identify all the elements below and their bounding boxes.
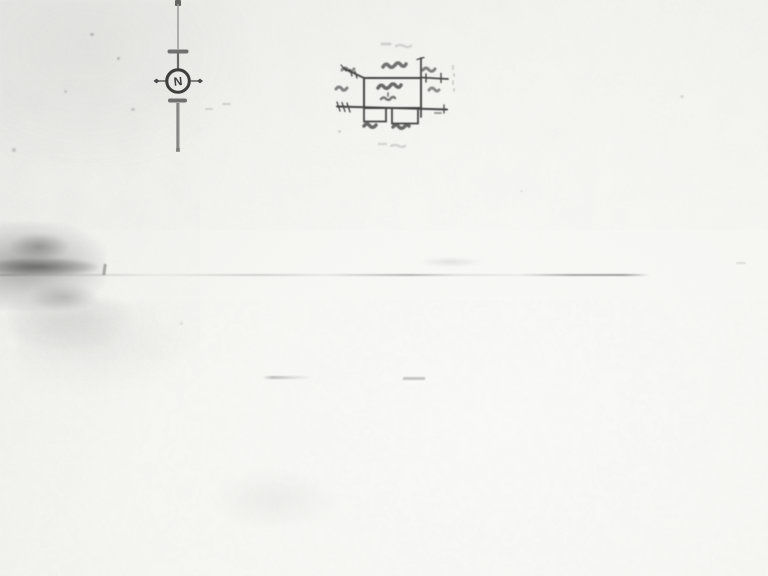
scan-speck (222, 103, 231, 105)
paper-stain (0, 0, 250, 165)
illegible-label (423, 68, 435, 71)
scan-speck (90, 33, 94, 36)
illegible-label (391, 145, 405, 147)
scan-speck (117, 57, 120, 60)
illegible-label (336, 87, 347, 90)
scan-speck (180, 322, 183, 325)
boundary-ext-top-right (421, 78, 448, 80)
illegible-label (453, 66, 454, 91)
illegible-label (381, 97, 395, 100)
scan-speck (12, 148, 16, 152)
illegible-label (378, 84, 401, 88)
illegible-label (396, 45, 411, 47)
paper-stain (418, 257, 484, 267)
faint-pencil-dash (263, 376, 311, 379)
illegible-label (393, 125, 409, 128)
scan-speck (131, 108, 135, 111)
scan-speck (520, 190, 523, 192)
scan-speck (205, 108, 213, 110)
ink-stain-core (0, 258, 98, 276)
scan-speck (680, 95, 684, 98)
ink-stain (8, 233, 70, 260)
illegible-label (364, 124, 376, 127)
scanned-survey-page: N (0, 0, 768, 576)
compass-east-tip (197, 79, 203, 84)
north-arrow: N (148, 0, 212, 158)
parcel-sketch (323, 40, 473, 158)
compass-west-tip (154, 79, 160, 84)
scan-speck (338, 130, 341, 133)
paper-stain (18, 302, 193, 397)
north-letter: N (173, 74, 183, 89)
illegible-label (429, 88, 439, 91)
staff-bottom-cap (176, 148, 180, 152)
paper-stain (208, 468, 343, 530)
illegible-label (342, 68, 354, 71)
illegible-label (383, 63, 406, 67)
scan-speck (736, 262, 746, 264)
faint-pencil-dash (403, 377, 425, 380)
scan-speck (64, 90, 67, 93)
